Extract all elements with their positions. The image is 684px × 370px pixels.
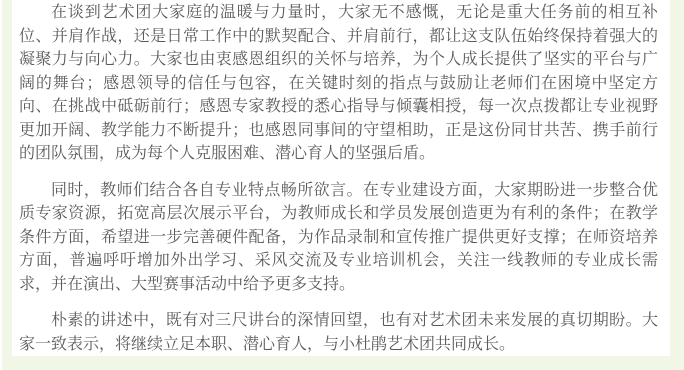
paragraph-team-warmth-gratitude: 在谈到艺术团大家庭的温暖与力量时，大家无不感慨，无论是重大任务前的相互补位、并肩… xyxy=(19,1,658,166)
paragraph-teacher-suggestions: 同时，教师们结合各自专业特点畅所欲言。在专业建设方面，大家期盼进一步整合优质专家… xyxy=(19,179,658,297)
article-viewport: 在谈到艺术团大家庭的温暖与力量时，大家无不感慨，无论是重大任务前的相互补位、并肩… xyxy=(0,0,684,370)
article-card: 在谈到艺术团大家庭的温暖与力量时，大家无不感慨，无论是重大任务前的相互补位、并肩… xyxy=(12,0,670,356)
page-background: 在谈到艺术团大家庭的温暖与力量时，大家无不感慨，无论是重大任务前的相互补位、并肩… xyxy=(2,0,684,370)
paragraph-closing-outlook: 朴素的讲述中，既有对三尺讲台的深情回望，也有对艺术团未来发展的真切期盼。大家一致… xyxy=(19,309,658,356)
